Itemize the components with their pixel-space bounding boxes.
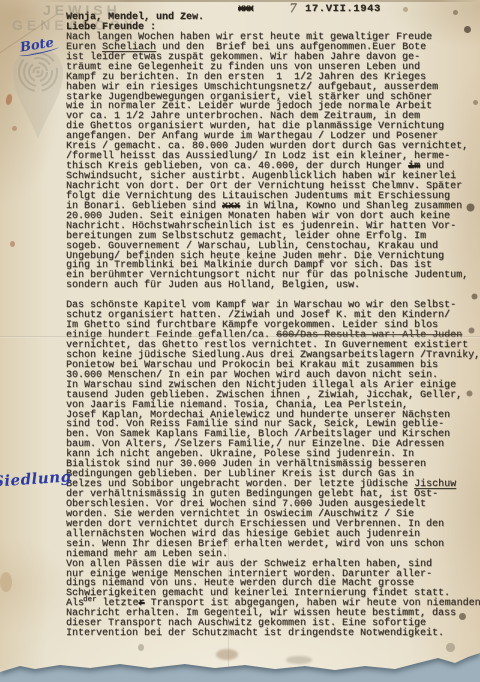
handwritten-note-siedlung: Siedlung bbox=[0, 467, 72, 490]
stain bbox=[10, 241, 15, 247]
text-line: haben wir ein riesiges Umschichtungsnetz… bbox=[66, 83, 478, 93]
torn-edge-fibers bbox=[0, 668, 480, 682]
horizontal-fold-crease bbox=[0, 336, 480, 338]
text-line: Intervention bei der Schutzmacht ist dri… bbox=[66, 629, 478, 639]
stain bbox=[216, 649, 238, 660]
paper-specks bbox=[0, 0, 3, 3]
paper-shadow-wrap: JEWISH GENEALOGY xxx 7 17.VII.1943 bbox=[0, 0, 480, 682]
labyrinth-pin-icon bbox=[12, 46, 64, 140]
stain bbox=[138, 644, 144, 651]
scanned-letter-page: JEWISH GENEALOGY xxx 7 17.VII.1943 bbox=[0, 0, 480, 682]
letter-paper: JEWISH GENEALOGY xxx 7 17.VII.1943 bbox=[0, 0, 480, 682]
stain bbox=[286, 656, 312, 664]
stain bbox=[0, 572, 12, 592]
text-line: sogeb. Gouvernement / Warschau, Lublin, … bbox=[66, 242, 478, 252]
text-line: sondern auch für Juden aus Holland, Belg… bbox=[66, 281, 478, 291]
text-line: von Jaaris Familie niemand. Tosia, Chani… bbox=[66, 401, 478, 411]
letter-body: Wenja, Mendel, und Zew.Liebe Freunde :Na… bbox=[66, 13, 478, 639]
text-line: Von allen Pässen die wir aus der Schweiz… bbox=[66, 560, 478, 570]
